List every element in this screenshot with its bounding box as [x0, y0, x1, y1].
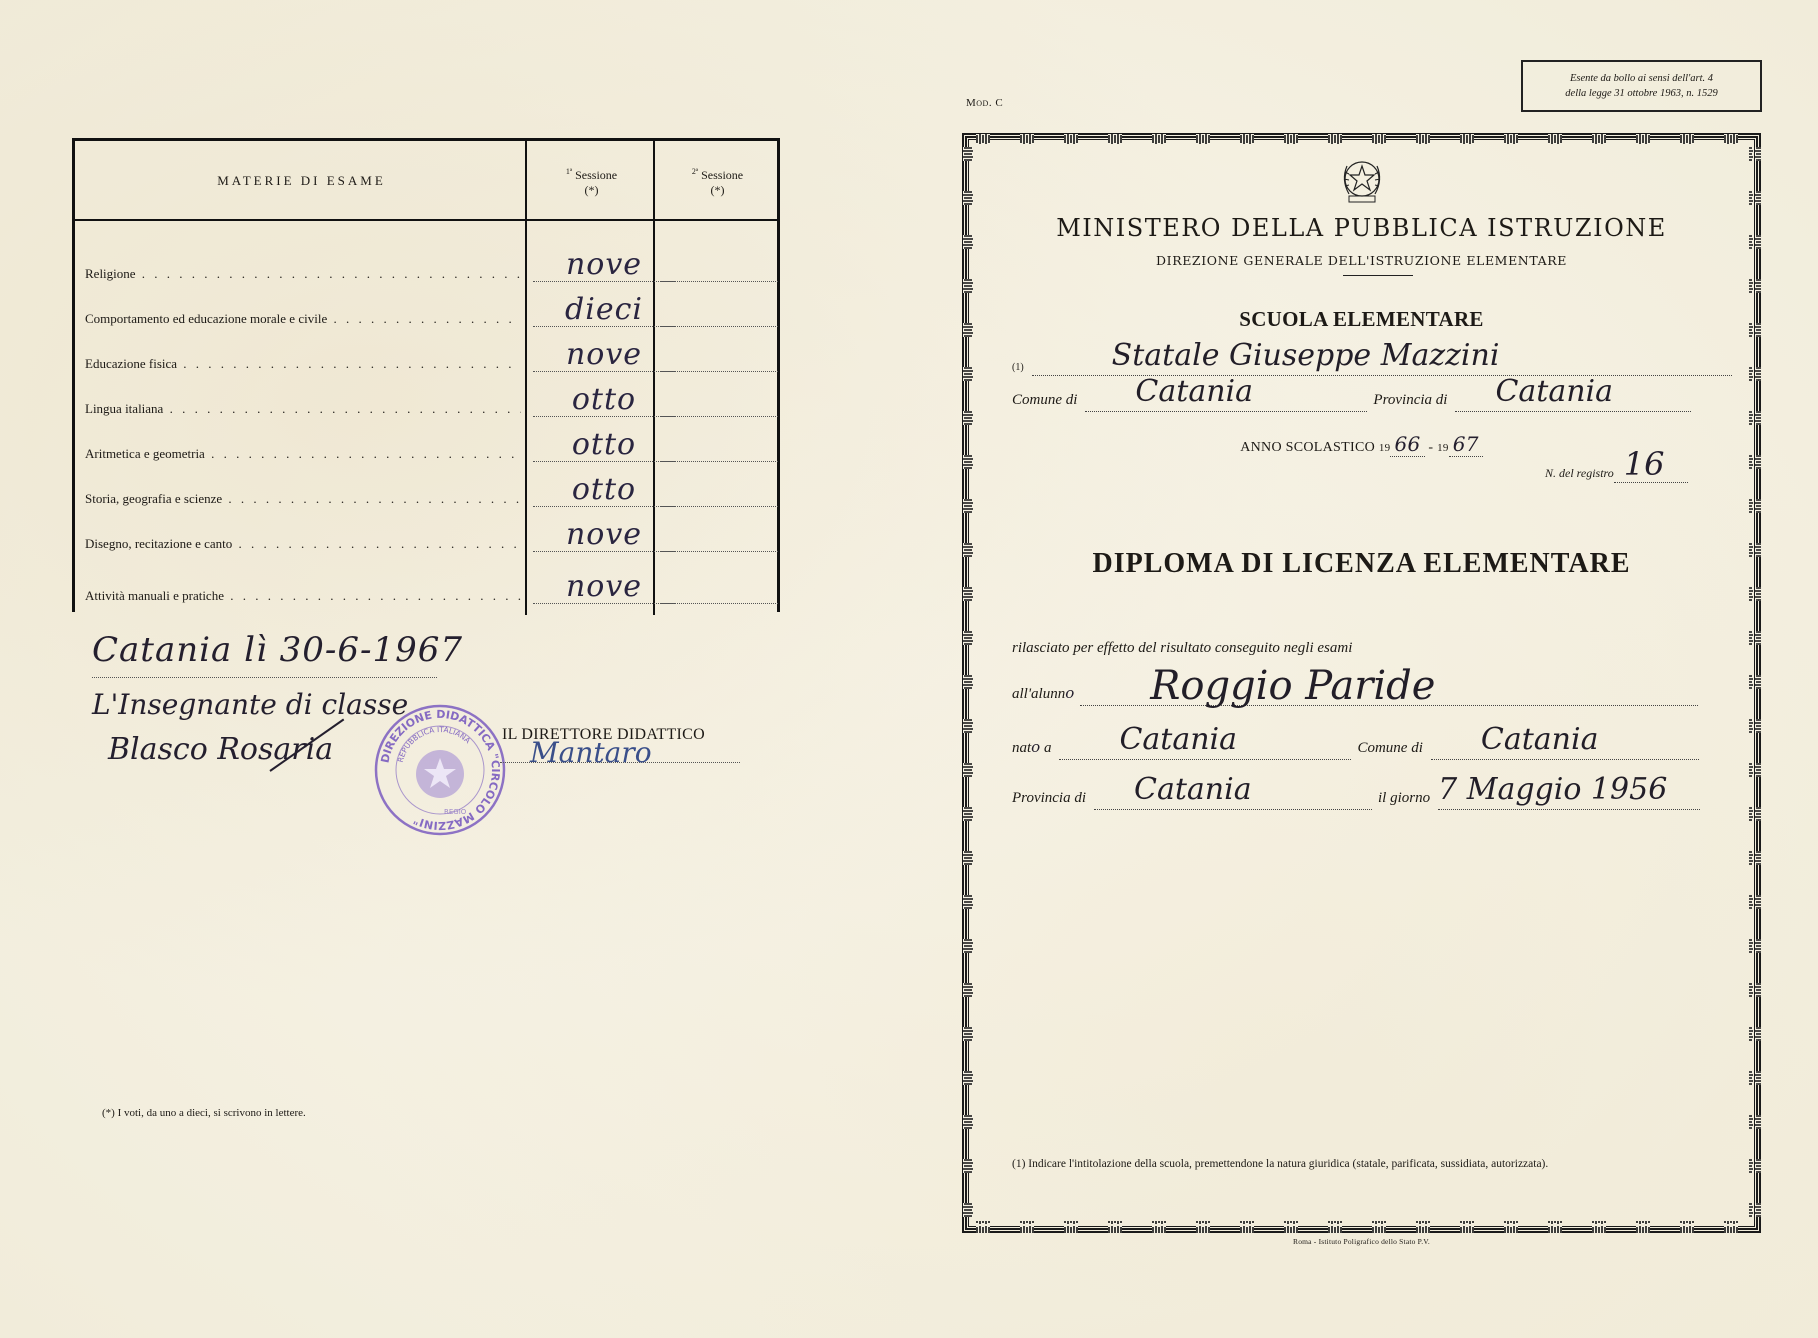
printer-credit: Roma - Istituto Poligrafico dello Stato … — [962, 1237, 1761, 1246]
grade-session1: nove — [533, 518, 675, 552]
born-label: nato a — [1012, 738, 1051, 760]
school-location-row: Comune di Catania Provincia di Catania — [1012, 374, 1691, 412]
end-year: 67 — [1449, 432, 1483, 457]
provincia-field: Catania — [1455, 374, 1691, 412]
session1-note: (*) — [585, 183, 599, 198]
student-name-value: Roggio Paride — [1150, 667, 1435, 705]
grade-session2 — [660, 338, 778, 372]
comune-label: Comune di — [1012, 392, 1077, 412]
session2-column-header: 2ª Sessione (*) — [655, 141, 780, 221]
school-name-field: Statale Giuseppe Mazzini — [1032, 338, 1732, 376]
session2-label: Sessione — [701, 168, 743, 182]
session1-column-header: 1ª Sessione (*) — [528, 141, 655, 221]
school-name-value: Statale Giuseppe Mazzini — [1112, 337, 1500, 375]
gender-suffix: o — [1065, 684, 1074, 702]
subject-label: Aritmetica e geometria — [85, 446, 521, 462]
birth-comune-field: Catania — [1431, 722, 1699, 760]
grade-row: Aritmetica e geometria otto — [75, 419, 777, 464]
school-year-label: ANNO SCOLASTICO — [1240, 440, 1375, 455]
place-date: Catania lì 30-6-1967 — [92, 630, 437, 678]
registry-number: N. del registro 16 — [1545, 446, 1688, 483]
grade-session2 — [660, 293, 778, 327]
birth-date-value: 7 Maggio 1956 — [1438, 771, 1667, 809]
subject-label: Storia, geografia e scienze — [85, 491, 521, 507]
school-name-row: (1) Statale Giuseppe Mazzini — [1012, 338, 1732, 376]
issued-statement: rilasciato per effetto del risultato con… — [1012, 640, 1352, 657]
grade-row: Lingua italiana otto — [75, 374, 777, 419]
grades-table: MATERIE DI ESAME 1ª Sessione (*) 2ª Sess… — [72, 138, 780, 612]
session1-ordinal: 1ª — [566, 167, 572, 176]
start-year: 66 — [1390, 432, 1424, 457]
year-prefix: 19 — [1379, 442, 1391, 454]
grade-session1: otto — [533, 473, 675, 507]
birth-comune-label: Comune di — [1357, 740, 1422, 760]
teacher-label: L'Insegnante di classe — [92, 688, 408, 721]
diploma-title: DIPLOMA DI LICENZA ELEMENTARE — [962, 548, 1761, 580]
grade-session1: dieci — [533, 293, 675, 327]
provincia-label: Provincia di — [1373, 392, 1447, 412]
subject-label: Comportamento ed educazione morale e civ… — [85, 311, 521, 327]
birthplace-value: Catania — [1119, 721, 1237, 759]
grade-row: Educazione fisica nove — [75, 329, 777, 374]
school-type-heading: SCUOLA ELEMENTARE — [962, 307, 1761, 332]
director-signature: Mantaro — [530, 736, 652, 769]
grade-session2 — [660, 473, 778, 507]
ministry-heading: MINISTERO DELLA PUBBLICA ISTRUZIONE — [962, 214, 1761, 242]
comune-value: Catania — [1135, 373, 1253, 411]
grade-row: Attività manuali e pratiche nove — [75, 561, 777, 606]
registry-value: 16 — [1614, 446, 1688, 483]
session1-label: Sessione — [575, 168, 617, 182]
grade-session2 — [660, 383, 778, 417]
grade-session1: nove — [533, 248, 675, 282]
grade-row: Storia, geografia e scienze otto — [75, 464, 777, 509]
heading-rule — [1343, 275, 1413, 276]
provincia-value: Catania — [1495, 373, 1613, 411]
comune-field: Catania — [1085, 374, 1367, 412]
grade-row: Religione nove — [75, 239, 777, 284]
stamp-duty-exemption-box: Esente da bollo ai sensi dell'art. 4 del… — [1521, 60, 1762, 112]
birth-provincia-value: Catania — [1134, 771, 1252, 809]
birth-province-date-row: Provincia di Catania il giorno 7 Maggio … — [1012, 772, 1700, 810]
form-code: Mod. C — [966, 97, 1003, 109]
grade-session2 — [660, 518, 778, 552]
birth-comune-value: Catania — [1481, 721, 1599, 759]
grade-row: Comportamento ed educazione morale e civ… — [75, 284, 777, 329]
italian-republic-emblem-icon — [1337, 154, 1387, 208]
exemption-line-2: della legge 31 ottobre 1963, n. 1529 — [1565, 86, 1717, 101]
grades-footnote: (*) I voti, da uno a dieci, si scrivono … — [102, 1107, 306, 1119]
subject-label: Educazione fisica — [85, 356, 521, 372]
grades-table-header: MATERIE DI ESAME 1ª Sessione (*) 2ª Sess… — [75, 141, 777, 221]
birth-day-label: il giorno — [1378, 790, 1430, 810]
grade-session1: otto — [533, 428, 675, 462]
grade-session1: nove — [533, 338, 675, 372]
registry-label: N. del registro — [1545, 466, 1614, 483]
school-footnote: (1) Indicare l'intitolazione della scuol… — [1012, 1158, 1548, 1170]
direction-subheading: DIREZIONE GENERALE DELL'ISTRUZIONE ELEME… — [962, 253, 1761, 268]
school-stamp: DIREZIONE DIDATTICA "CIRCOLO MAZZINI" RE… — [372, 702, 508, 838]
subjects-column-header: MATERIE DI ESAME — [75, 141, 528, 221]
birth-date-field: 7 Maggio 1956 — [1438, 772, 1700, 810]
subject-label: Disegno, recitazione e canto — [85, 536, 521, 552]
stamp-seal-icon: DIREZIONE DIDATTICA "CIRCOLO MAZZINI" RE… — [372, 702, 508, 838]
birth-provincia-field: Catania — [1094, 772, 1372, 810]
session2-ordinal: 2ª — [692, 167, 698, 176]
birth-provincia-label: Provincia di — [1012, 790, 1086, 810]
grade-session2 — [660, 570, 778, 604]
year-prefix: 19 — [1437, 442, 1449, 454]
student-name-field: Roggio Paride — [1080, 668, 1698, 706]
grade-session2 — [660, 248, 778, 282]
birthplace-field: Catania — [1059, 722, 1351, 760]
exemption-line-1: Esente da bollo ai sensi dell'art. 4 — [1570, 71, 1713, 86]
grade-session2 — [660, 428, 778, 462]
student-label: all'alunno — [1012, 684, 1074, 706]
grade-row: Disegno, recitazione e canto nove — [75, 509, 777, 554]
subject-label: Lingua italiana — [85, 401, 521, 417]
svg-text:REGIO: REGIO — [444, 808, 467, 816]
session2-note: (*) — [711, 183, 725, 198]
born-suffix: o — [1031, 738, 1040, 756]
birthplace-row: nato a Catania Comune di Catania — [1012, 722, 1699, 760]
subject-label: Religione — [85, 266, 521, 282]
grade-session1: otto — [533, 383, 675, 417]
subject-label: Attività manuali e pratiche — [85, 588, 521, 604]
student-name-row: all'alunno Roggio Paride — [1012, 668, 1698, 706]
year-separator: - — [1428, 440, 1433, 455]
grade-session1: nove — [533, 570, 675, 604]
